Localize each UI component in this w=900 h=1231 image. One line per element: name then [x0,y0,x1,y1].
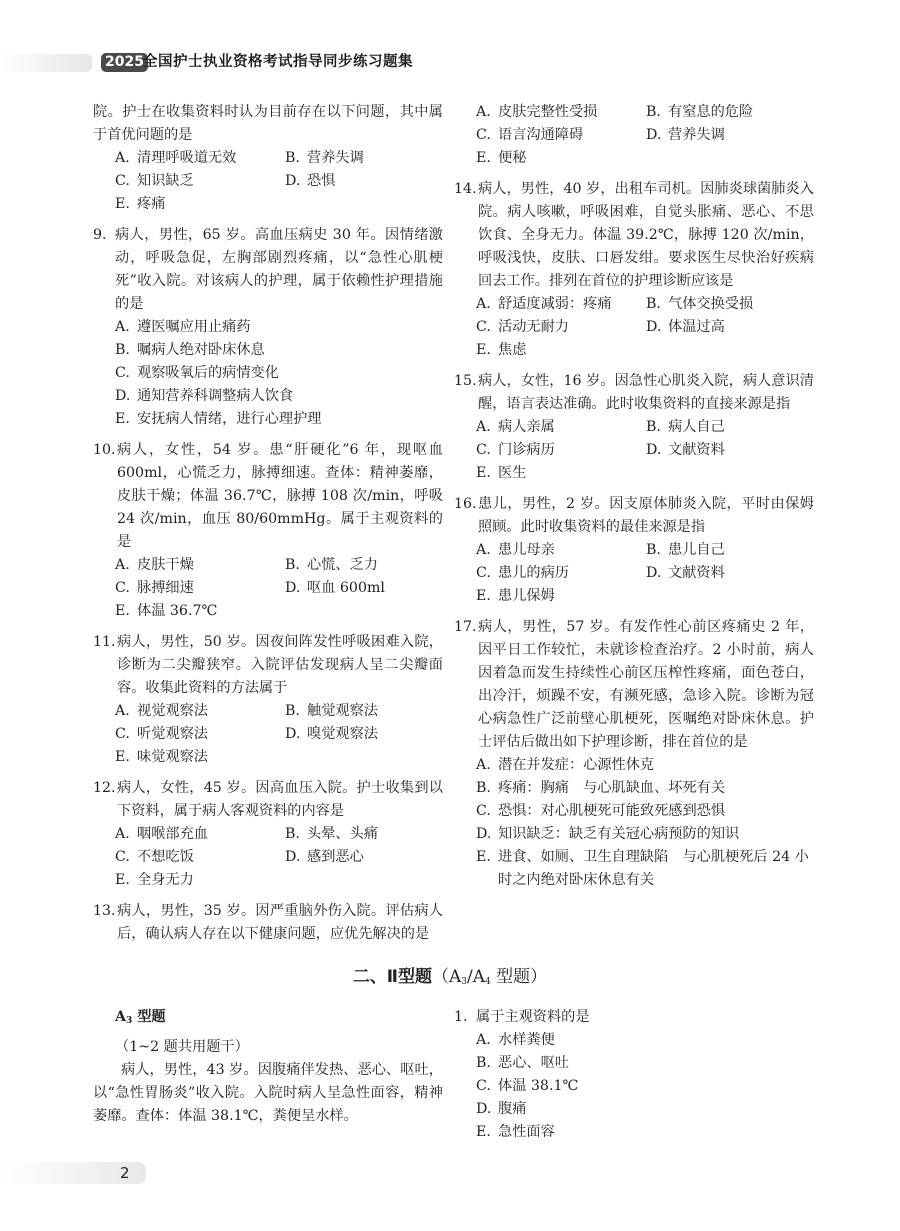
option-d: D.腹痛 [476,1098,814,1121]
question-number: 11. [93,631,117,700]
question-11: 11.病人，男性，50 岁。因夜间阵发性呼吸困难入院，诊断为二尖瓣狭窄。入院评估… [93,631,443,769]
shared-stem-label: （1~2 题共用题干） [93,1036,443,1059]
question-number: 14. [454,178,478,293]
option-c: C.知识缺乏 [115,170,285,193]
option-c: C.观察吸氧后的病情变化 [115,362,443,385]
option-e: E.疼痛 [115,193,285,216]
a3-subheading: A3 型题 [93,1006,443,1033]
option-d: D.营养失调 [646,124,816,147]
question-number: 12. [93,777,117,823]
right-column: A.皮肤完整性受损 B.有窒息的危险 C.语言沟通障碍 D.营养失调 E.便秘 … [454,101,814,900]
option-c: C.体温 38.1℃ [476,1075,814,1098]
option-e: E.味觉观察法 [115,746,285,769]
option-e: E.患儿保姆 [476,585,646,608]
option-e: E.全身无力 [115,869,285,892]
option-e: E.体温 36.7℃ [115,600,285,623]
a3-question-1: 1.属于主观资料的是 A.水样粪便 B.恶心、呕吐 C.体温 38.1℃ D.腹… [454,1006,814,1144]
option-c: C.听觉观察法 [115,723,285,746]
options: A.咽喉部充血 B.头晕、头痛 C.不想吃饭 D.感到恶心 E.全身无力 [93,823,443,892]
option-a: A.患儿母亲 [476,539,646,562]
option-b: B.心慌、乏力 [285,554,455,577]
option-a: A.遵医嘱应用止痛药 [115,316,443,339]
case-stem: 病人，男性，43 岁。因腹痛伴发热、恶心、呕吐，以“急性胃肠炎”收入院。入院时病… [93,1059,443,1128]
question-stem: 病人，男性，40 岁，出租车司机。因肺炎球菌肺炎入院。病人咳嗽，呼吸困难，自觉头… [478,178,814,293]
a3-case-block: A3 型题 （1~2 题共用题干） 病人，男性，43 岁。因腹痛伴发热、恶心、呕… [93,1006,443,1128]
header-year-badge: 2025 [101,53,148,72]
question-stem: 病人，女性，45 岁。因高血压入院。护士收集到以下资料，属于病人客观资料的内容是 [117,777,443,823]
options: A.皮肤完整性受损 B.有窒息的危险 C.语言沟通障碍 D.营养失调 E.便秘 [454,101,814,170]
option-c: C.恐惧：对心肌梗死可能致死感到恐惧 [476,800,814,823]
question-17: 17.病人，男性，57 岁。有发作性心前区疼痛史 2 年，因平日工作较忙，未就诊… [454,616,814,892]
question-16: 16.患儿，男性，2 岁。因支原体肺炎入院，平时由保姆照顾。此时收集资料的最佳来… [454,493,814,608]
option-d: D.通知营养科调整病人饮食 [115,385,443,408]
left-column: 院。护士在收集资料时认为目前存在以下问题，其中属于首优问题的是 A.清理呼吸道无… [93,101,443,954]
option-d: D.知识缺乏：缺乏有关冠心病预防的知识 [476,823,814,846]
question-13-options: A.皮肤完整性受损 B.有窒息的危险 C.语言沟通障碍 D.营养失调 E.便秘 [454,101,814,170]
question-stem: 属于主观资料的是 [476,1006,814,1029]
option-d: D.感到恶心 [285,846,455,869]
option-b: B.病人自己 [646,416,816,439]
option-a: A.潜在并发症：心源性休克 [476,754,814,777]
option-e: E.医生 [476,462,646,485]
question-12: 12.病人，女性，45 岁。因高血压入院。护士收集到以下资料，属于病人客观资料的… [93,777,443,892]
option-d: D.文献资料 [646,562,816,585]
option-b: B.触觉观察法 [285,700,455,723]
option-d: D.体温过高 [646,316,816,339]
option-a: A.皮肤干燥 [115,554,285,577]
question-number: 10. [93,439,117,554]
question-14: 14.病人，男性，40 岁，出租车司机。因肺炎球菌肺炎入院。病人咳嗽，呼吸困难，… [454,178,814,362]
question-stem: 病人，男性，35 岁。因严重脑外伤入院。评估病人后，确认病人存在以下健康问题，应… [117,900,443,946]
option-e: E.焦虑 [476,339,646,362]
option-a: A.清理呼吸道无效 [115,147,285,170]
option-b: B.疼痛：胸痛 与心肌缺血、坏死有关 [476,777,814,800]
option-b: B.有窒息的危险 [646,101,816,124]
option-e: E.安抚病人情绪，进行心理护理 [115,408,443,431]
header-decorative-band [0,54,92,72]
options: A.舒适度减弱：疼痛 B.气体交换受损 C.活动无耐力 D.体温过高 E.焦虑 [454,293,814,362]
option-d: D.恐惧 [285,170,455,193]
question-number: 17. [454,616,478,754]
question-stem: 病人，男性，65 岁。高血压病史 30 年。因情绪激动，呼吸急促，左胸部剧烈疼痛… [115,224,443,316]
option-a: A.咽喉部充血 [115,823,285,846]
question-number: 13. [93,900,117,946]
question-number: 1. [454,1006,476,1029]
options: A.病人亲属 B.病人自己 C.门诊病历 D.文献资料 E.医生 [454,416,814,485]
question-stem: 患儿，男性，2 岁。因支原体肺炎入院，平时由保姆照顾。此时收集资料的最佳来源是指 [478,493,814,539]
question-number: 15. [454,370,478,416]
page-number: 2 [120,1163,130,1183]
question-8-continued: 院。护士在收集资料时认为目前存在以下问题，其中属于首优问题的是 A.清理呼吸道无… [93,101,443,216]
option-e: E.便秘 [476,147,646,170]
option-e: E.进食、如厕、卫生自理缺陷 与心肌梗死后 24 小时之内绝对卧床休息有关 [476,846,814,892]
question-number: 9. [93,224,115,316]
running-header: 2025 全国护士执业资格考试指导同步练习题集 [0,51,900,75]
option-b: B.恶心、呕吐 [476,1052,814,1075]
option-a: A.水样粪便 [476,1029,814,1052]
option-a: A.皮肤完整性受损 [476,101,646,124]
options: A.潜在并发症：心源性休克 B.疼痛：胸痛 与心肌缺血、坏死有关 C.恐惧：对心… [454,754,814,892]
option-b: B.气体交换受损 [646,293,816,316]
option-a: A.视觉观察法 [115,700,285,723]
question-stem: 院。护士在收集资料时认为目前存在以下问题，其中属于首优问题的是 [93,101,443,147]
option-a: A.病人亲属 [476,416,646,439]
option-b: B.营养失调 [285,147,455,170]
question-stem: 病人，女性，54 岁。患“肝硬化”6 年，现呕血 600ml，心慌乏力，脉搏细速… [117,439,443,554]
question-10: 10.病人，女性，54 岁。患“肝硬化”6 年，现呕血 600ml，心慌乏力，脉… [93,439,443,623]
question-15: 15.病人，女性，16 岁。因急性心肌炎入院，病人意识清醒，语言表达准确。此时收… [454,370,814,485]
option-c: C.患儿的病历 [476,562,646,585]
option-c: C.门诊病历 [476,439,646,462]
question-stem: 病人，男性，50 岁。因夜间阵发性呼吸困难入院，诊断为二尖瓣狭窄。入院评估发现病… [117,631,443,700]
option-a: A.舒适度减弱：疼痛 [476,293,646,316]
option-e: E.急性面容 [476,1121,814,1144]
options: A.患儿母亲 B.患儿自己 C.患儿的病历 D.文献资料 E.患儿保姆 [454,539,814,608]
option-d: D.文献资料 [646,439,816,462]
option-b: B.嘱病人绝对卧床休息 [115,339,443,362]
option-c: C.不想吃饭 [115,846,285,869]
option-b: B.患儿自己 [646,539,816,562]
option-c: C.活动无耐力 [476,316,646,339]
book-title: 全国护士执业资格考试指导同步练习题集 [143,52,413,73]
question-stem: 病人，女性，16 岁。因急性心肌炎入院，病人意识清醒，语言表达准确。此时收集资料… [478,370,814,416]
section-heading: 二、Ⅱ型题（A3/A4 型题） [0,964,900,995]
options: A.清理呼吸道无效 B.营养失调 C.知识缺乏 D.恐惧 E.疼痛 [93,147,443,216]
option-b: B.头晕、头痛 [285,823,455,846]
option-c: C.语言沟通障碍 [476,124,646,147]
options: A.水样粪便 B.恶心、呕吐 C.体温 38.1℃ D.腹痛 E.急性面容 [454,1029,814,1144]
option-c: C.脉搏细速 [115,577,285,600]
question-9: 9.病人，男性，65 岁。高血压病史 30 年。因情绪激动，呼吸急促，左胸部剧烈… [93,224,443,431]
options: A.视觉观察法 B.触觉观察法 C.听觉观察法 D.嗅觉观察法 E.味觉观察法 [93,700,443,769]
option-d: D.嗅觉观察法 [285,723,455,746]
options: A.遵医嘱应用止痛药 B.嘱病人绝对卧床休息 C.观察吸氧后的病情变化 D.通知… [93,316,443,431]
question-13: 13.病人，男性，35 岁。因严重脑外伤入院。评估病人后，确认病人存在以下健康问… [93,900,443,946]
options: A.皮肤干燥 B.心慌、乏力 C.脉搏细速 D.呕血 600ml E.体温 36… [93,554,443,623]
option-d: D.呕血 600ml [285,577,455,600]
question-stem: 病人，男性，57 岁。有发作性心前区疼痛史 2 年，因平日工作较忙，未就诊检查治… [478,616,814,754]
question-number: 16. [454,493,478,539]
